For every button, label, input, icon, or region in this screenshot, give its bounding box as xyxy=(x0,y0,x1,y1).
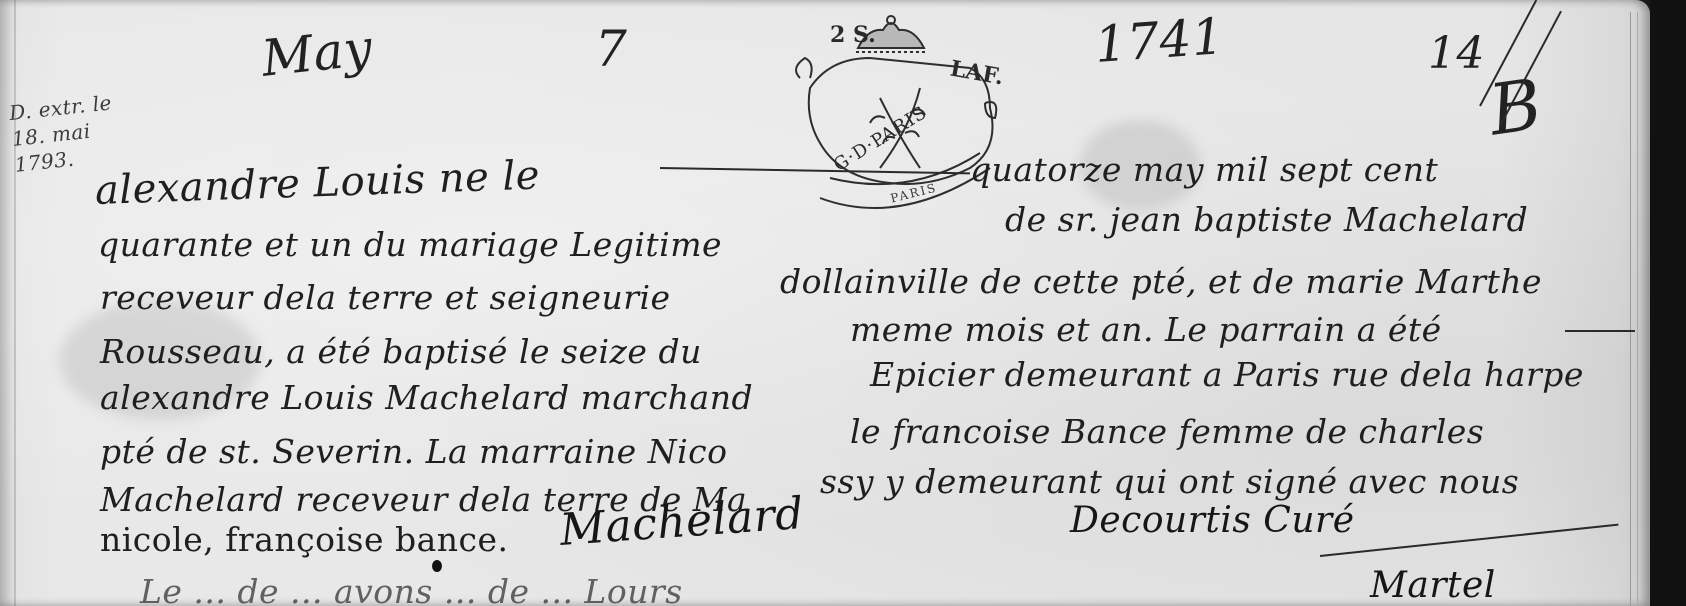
entry-line-8-godmother-signature: nicole, françoise bance. xyxy=(100,520,509,559)
margin-note: D. extr. le 18. mai 1793. xyxy=(8,89,119,177)
entry-line-3-right: dollainville de cette pté, et de marie M… xyxy=(780,262,1542,301)
entry-line-3-left: receveur dela terre et seigneurie xyxy=(100,278,671,317)
signature-decourtis: Decourtis Curé xyxy=(1070,500,1355,541)
scan-background xyxy=(1650,0,1686,606)
entry-line-1-right: quatorze may mil sept cent xyxy=(970,150,1438,189)
flourish-line xyxy=(1320,524,1619,557)
ink-blot xyxy=(432,560,442,572)
header-year: 1741 xyxy=(1093,7,1226,74)
fill-line xyxy=(1565,330,1635,332)
entry-line-2-left: quarante et un du mariage Legitime xyxy=(98,225,722,264)
entry-line-4-left: Rousseau, a été baptisé le seize du xyxy=(100,332,702,371)
margin-rule xyxy=(14,0,16,606)
folio-number: 14 xyxy=(1428,28,1485,79)
entry-line-6-left: pté de st. Severin. La marraine Nico xyxy=(100,432,727,471)
entry-line-1-left: alexandre Louis ne le xyxy=(94,152,540,214)
entry-line-5-right: Epicier demeurant a Paris rue dela harpe xyxy=(870,355,1584,394)
stamp-value: 2 S. xyxy=(830,22,876,48)
entry-line-6-right: le francoise Bance femme de charles xyxy=(850,412,1484,451)
page-edge xyxy=(1630,12,1638,606)
entry-line-2-right: de sr. jean baptiste Machelard xyxy=(1005,200,1528,239)
entry-line-7-right: ssy y demeurant qui ont signé avec nous xyxy=(820,462,1519,501)
register-page: May 7 1741 14 B D. extr. le 18. mai 1793… xyxy=(0,0,1650,606)
signature-martel: Martel xyxy=(1370,565,1496,606)
next-entry-fragment: Le ... de ... avons ... de ... Lours xyxy=(140,572,683,606)
entry-line-4-right: meme mois et an. Le parrain a été xyxy=(850,310,1442,349)
header-day: 7 xyxy=(595,20,627,78)
header-month: May xyxy=(259,19,375,88)
entry-line-5-left: alexandre Louis Machelard marchand xyxy=(100,378,753,417)
